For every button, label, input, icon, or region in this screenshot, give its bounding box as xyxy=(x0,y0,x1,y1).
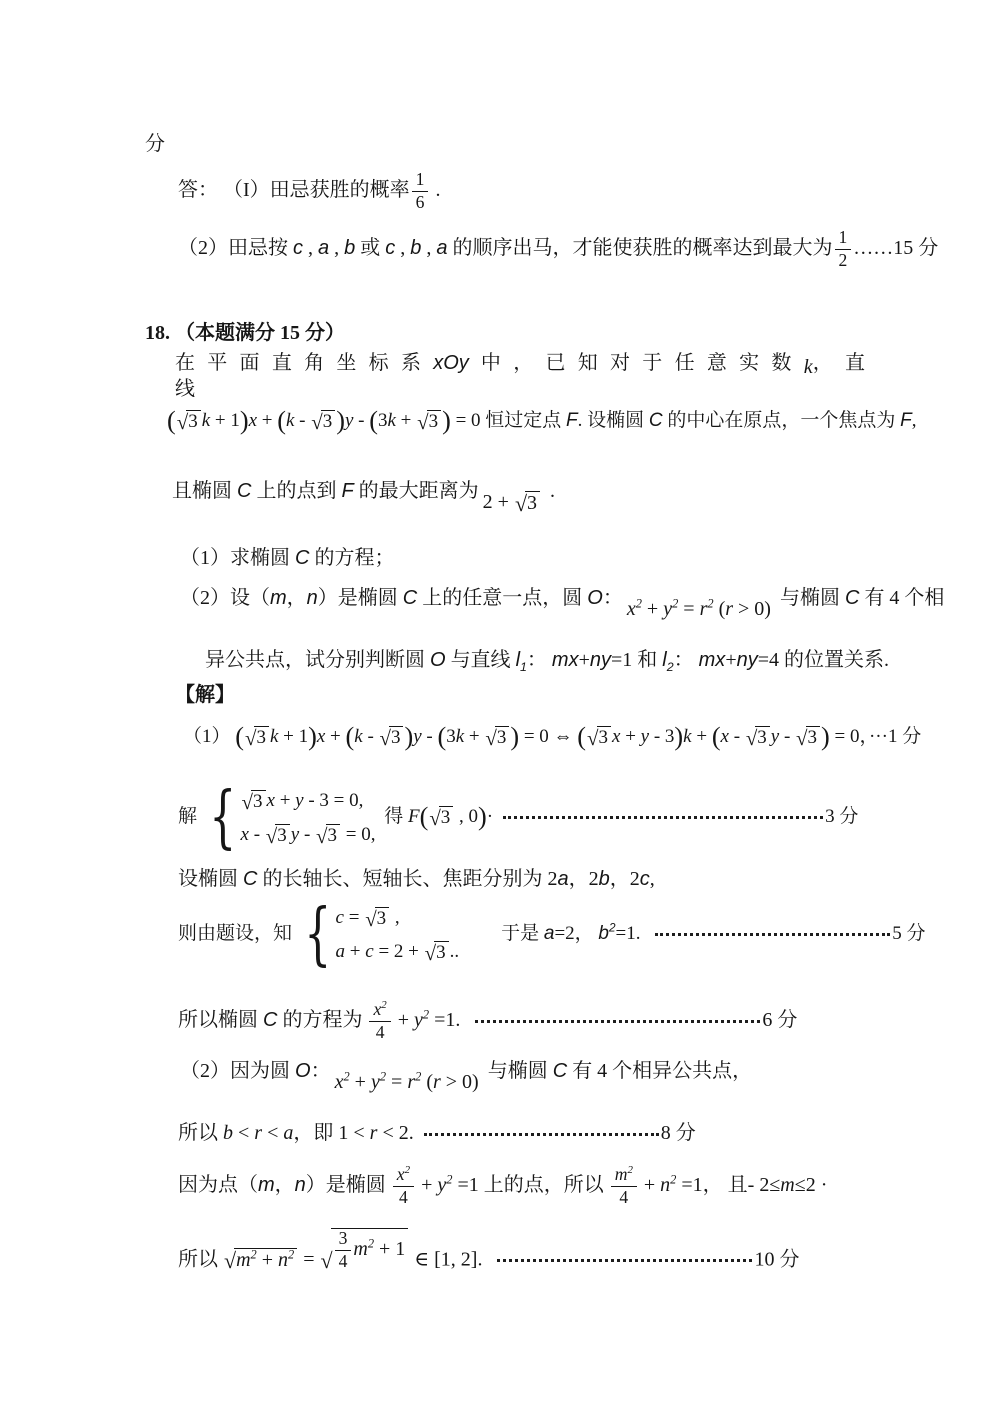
math-var: k xyxy=(683,726,691,747)
radicand: 3 xyxy=(439,806,454,828)
text-run: 的中心在原点，一个焦点为 xyxy=(663,410,901,431)
exponent: 2 xyxy=(381,999,386,1011)
math-var: F xyxy=(900,410,912,431)
text-run: 3 xyxy=(256,727,266,748)
text-run: 因为点（ xyxy=(178,1174,258,1196)
math-var: x2 xyxy=(373,999,386,1019)
text-run: - xyxy=(353,410,369,431)
big-paren: ) xyxy=(404,722,413,751)
text-run: - xyxy=(299,824,315,845)
fraction: m24 xyxy=(611,1165,637,1207)
math-var: b xyxy=(410,237,421,259)
radical-sign-icon: √ xyxy=(429,808,440,829)
big-paren: ) xyxy=(478,802,487,831)
big-paren: ( xyxy=(712,722,721,751)
text-run: 与直线 xyxy=(446,649,516,671)
radical: √m2 + n2 xyxy=(224,1248,297,1271)
radicand: 3 xyxy=(597,726,612,748)
text-run: 恒过定点 xyxy=(485,410,566,431)
text-run: = xyxy=(298,1248,319,1270)
text-run: 得 xyxy=(379,806,408,827)
fraction: 16 xyxy=(412,170,429,212)
text-run: - xyxy=(422,726,438,747)
text-run: + xyxy=(325,726,345,747)
text-run: 1 xyxy=(416,169,425,189)
radical: √3 xyxy=(177,410,201,432)
text-run: 6 xyxy=(416,192,425,212)
text-run: + xyxy=(396,410,416,431)
denominator: 4 xyxy=(399,1187,408,1208)
math-var: b2 xyxy=(598,923,615,944)
radical-sign-icon: √ xyxy=(266,826,277,847)
text-run: 的最大距离为 xyxy=(354,480,479,502)
text-run: - xyxy=(294,410,310,431)
subscript: 1 xyxy=(520,660,527,674)
dotted-leader xyxy=(655,931,890,936)
radical-sign-icon: √ xyxy=(311,412,322,433)
line-problem18-intro: 在 平 面 直 角 坐 标 系 xOy 中 ， 已 知 对 于 任 意 实 数 … xyxy=(175,350,865,403)
text-run: ( xyxy=(714,598,726,620)
math-var: x xyxy=(249,410,257,431)
math-var: n xyxy=(307,587,318,609)
text-run: < 2. xyxy=(377,1122,413,1144)
text-run: = xyxy=(344,907,364,928)
text-run: ， xyxy=(287,587,307,609)
big-paren: ( xyxy=(346,722,355,751)
radical: √3 xyxy=(245,726,269,748)
text-run: . 设椭圆 xyxy=(578,410,649,431)
radical: √3 xyxy=(417,410,441,432)
math-var: C xyxy=(243,868,257,890)
radical-sign-icon: √ xyxy=(380,728,391,749)
math-var: C xyxy=(295,547,309,569)
denominator: 4 xyxy=(339,1251,348,1272)
math-var: r2 xyxy=(407,1071,421,1093)
math-var: r xyxy=(725,598,733,620)
system-row: √3x + y - 3 = 0, xyxy=(241,788,376,813)
math-var: k xyxy=(354,726,362,747)
big-paren: ) xyxy=(240,406,249,435)
text-run: + xyxy=(393,1009,414,1031)
big-paren: ( xyxy=(167,406,176,435)
line-solution-step1: （1） (√3k + 1)x + (k - √3)y - (3k + √3) =… xyxy=(183,724,921,750)
math-var: y xyxy=(291,824,299,845)
math-var: y xyxy=(413,726,421,747)
line-r-range: 所以 b < r < a，即 1 < r < 2.8 分 xyxy=(178,1120,696,1146)
text-run: ∈ [1, 2]. xyxy=(409,1248,487,1270)
math-var: r2 xyxy=(700,598,714,620)
radicand: 3 xyxy=(375,907,390,929)
text-run: 上的任意一点，圆 xyxy=(417,587,587,609)
text-run: ，···1 分 xyxy=(859,726,921,747)
text-run: + xyxy=(275,790,295,811)
text-run: 的长轴长、短轴长、焦距分别为 2 xyxy=(257,868,557,890)
text-run: , 0 xyxy=(454,806,478,827)
radicand: 3 xyxy=(806,726,821,748)
math-var: m xyxy=(258,1174,275,1196)
radicand: 3 xyxy=(389,726,404,748)
math-var: a xyxy=(557,868,568,890)
radicand: 3 xyxy=(434,941,449,963)
text-run: 答： （I）田忌获胜的概率 xyxy=(178,179,410,201)
text-run: , xyxy=(421,237,436,259)
math-var: n2 xyxy=(660,1174,676,1196)
fraction: x24 xyxy=(393,1165,414,1207)
text-run: + 1 xyxy=(278,726,308,747)
radicand: 3 xyxy=(427,410,442,432)
math-var: C xyxy=(845,587,859,609)
math-var: c xyxy=(365,941,373,962)
text-run: （1）求椭圆 xyxy=(180,547,295,569)
text-run: ： xyxy=(674,649,699,671)
text-run: 与椭圆 xyxy=(775,587,845,609)
score-label: 6 分 xyxy=(762,1009,797,1031)
score-label: 8 分 xyxy=(661,1122,696,1144)
text-run: （2）田忌按 xyxy=(178,237,293,259)
math-var: b xyxy=(344,237,355,259)
math-var: F xyxy=(408,806,420,827)
line-answer-part2: （2）田忌按 c , a , b 或 c , b , a 的顺序出马，才能使获胜… xyxy=(178,228,938,270)
math-var: ny xyxy=(737,649,758,671)
text-run: + xyxy=(257,410,277,431)
text-run: 2 + xyxy=(483,491,514,513)
fraction: 12 xyxy=(835,228,852,270)
radical: √3 xyxy=(429,806,453,828)
big-paren: ( xyxy=(369,406,378,435)
text-run: ≤2 · xyxy=(795,1174,828,1196)
math-var: x xyxy=(241,824,249,845)
radical: √3 xyxy=(242,790,266,812)
math-var: C xyxy=(263,1009,277,1031)
radicand: m2 + n2 xyxy=(234,1248,297,1271)
math-var: F xyxy=(341,480,353,502)
text-run: . xyxy=(430,179,440,201)
radical: √34m2 + 1 xyxy=(321,1228,409,1271)
text-run: < xyxy=(233,1122,254,1144)
text-run: =1 上的点，所以 xyxy=(452,1174,608,1196)
text-run: 的方程为 xyxy=(277,1009,367,1031)
text-run: + xyxy=(464,726,484,747)
radical-sign-icon: √ xyxy=(417,412,428,433)
text-run: + xyxy=(345,941,365,962)
text-run: = 0 xyxy=(451,410,485,431)
subscript: 2 xyxy=(667,660,674,674)
math-var: y2 xyxy=(414,1009,429,1031)
radicand: 3 xyxy=(251,790,266,812)
radicand: 3 xyxy=(495,726,510,748)
math-var: O xyxy=(587,587,603,609)
numerator: 1 xyxy=(835,228,852,250)
text-run: 3 xyxy=(429,411,439,432)
text-run: = 2 + xyxy=(374,941,424,962)
math-var: a xyxy=(318,237,329,259)
text-run: ，2 xyxy=(610,868,640,890)
math-var: y2 xyxy=(371,1071,386,1093)
radicand: 3 xyxy=(326,824,341,846)
line-problem18-distance: 且椭圆 C 上的点到 F 的最大距离为2 + √3 . xyxy=(172,478,555,504)
denominator: 4 xyxy=(619,1187,628,1208)
system-row: c = √3 , xyxy=(336,905,460,930)
text-run: 与椭圆 xyxy=(483,1060,553,1082)
numerator: 3 xyxy=(335,1229,352,1251)
math-var: c xyxy=(336,907,344,928)
text-run: ，即 1 < xyxy=(293,1122,369,1144)
text-run: 2 xyxy=(839,250,848,270)
big-paren: ( xyxy=(277,406,286,435)
text-run: + 1 xyxy=(374,1238,405,1260)
text-run: 3 xyxy=(328,825,338,846)
radical: √3 xyxy=(425,941,449,963)
radical: √3 xyxy=(485,726,509,748)
text-run: = xyxy=(678,598,699,620)
text-run: 3 xyxy=(497,727,507,748)
math-var: a xyxy=(336,941,346,962)
math-var: k xyxy=(804,356,813,378)
denominator: 4 xyxy=(376,1022,385,1043)
math-var: l1 xyxy=(516,649,527,671)
text-run: 在 平 面 直 角 坐 标 系 xyxy=(175,352,433,374)
big-paren: ( xyxy=(577,722,586,751)
text-run: =1， 且- 2≤ xyxy=(676,1174,780,1196)
text-run: =1. xyxy=(429,1009,465,1031)
text-run: , xyxy=(912,410,917,431)
exponent: 2 xyxy=(288,1247,294,1261)
radicand: 3 xyxy=(186,410,201,432)
system-row: a + c = 2 + √3.. xyxy=(336,939,460,964)
radicand: 3 xyxy=(254,726,269,748)
text-run: - 3 xyxy=(649,726,674,747)
math-var: m2 xyxy=(615,1164,633,1184)
radical: √3 xyxy=(587,726,611,748)
text-run: > 0) xyxy=(733,598,771,620)
big-paren: ) xyxy=(442,406,451,435)
math-var: c xyxy=(640,868,650,890)
text-run: 3 xyxy=(757,727,767,748)
text-run: 3 xyxy=(277,825,287,846)
denominator: 6 xyxy=(416,192,425,213)
radical: √3 xyxy=(266,824,290,846)
big-paren: ) xyxy=(510,722,519,751)
line-solution-heading: 【解】 xyxy=(175,682,235,708)
text-run: + xyxy=(579,649,590,671)
system-rows: c = √3 ,a + c = 2 + √3.. xyxy=(336,905,460,964)
math-var: C xyxy=(403,587,417,609)
text-run: =1 和 xyxy=(611,649,662,671)
lowered-formula: 2 + √3 xyxy=(483,489,541,515)
text-run: 上的点到 xyxy=(251,480,341,502)
text-run: ，2 xyxy=(569,868,599,890)
dotted-leader xyxy=(475,1018,760,1023)
text-run: 所以椭圆 xyxy=(178,1009,263,1031)
text-run: - xyxy=(363,726,379,747)
text-run: 4 xyxy=(339,1251,348,1271)
line-system-ac: 则由题设，知{c = √3 ,a + c = 2 + √3.. 于是 a=2， … xyxy=(178,905,926,964)
radical: √3 xyxy=(316,824,340,846)
text-run: 设椭圆 xyxy=(178,868,243,890)
math-var: y2 xyxy=(437,1174,452,1196)
text-run: 于是 xyxy=(463,923,544,944)
math-var: mx xyxy=(552,649,579,671)
text-run: + xyxy=(725,649,736,671)
text-run: 3 xyxy=(339,1228,348,1248)
text-run: 3 xyxy=(808,727,818,748)
text-run: ）是椭圆 xyxy=(318,587,403,609)
line-axes-definition: 设椭圆 C 的长轴长、短轴长、焦距分别为 2a，2b，2c, xyxy=(178,866,655,892)
text-run: ……15 分 xyxy=(853,237,938,259)
radical-sign-icon: √ xyxy=(746,728,757,749)
math-var: m xyxy=(780,1174,794,1196)
line-step2-circle: （2）因为圆 O：x2 + y2 = r2 (r > 0) 与椭圆 C 有 4 … xyxy=(180,1058,752,1084)
math-var: m2 xyxy=(353,1238,374,1260)
text-run: · xyxy=(487,806,493,827)
text-run: 3 xyxy=(391,727,401,748)
big-paren: ( xyxy=(235,722,244,751)
text-run: 4 xyxy=(376,1022,385,1042)
math-var: k xyxy=(202,410,210,431)
text-run: =1. xyxy=(616,923,646,944)
line-solution-system-f: 解{√3x + y - 3 = 0,x - √3y - √3 = 0, 得 F(… xyxy=(178,788,858,847)
big-paren: ( xyxy=(420,802,429,831)
score-label: 5 分 xyxy=(892,923,925,944)
text-run: （1） xyxy=(183,726,235,747)
text-run: 3 xyxy=(441,807,451,828)
text-run: , xyxy=(329,237,344,259)
text-run: 4 xyxy=(619,1187,628,1207)
numerator: 1 xyxy=(412,170,429,192)
math-var: x2 xyxy=(335,1071,350,1093)
text-run: + xyxy=(639,1174,660,1196)
radicand: 3 xyxy=(525,491,540,514)
math-var: a xyxy=(283,1122,293,1144)
text-run: 解 xyxy=(178,806,197,827)
text-run: =4 的位置关系. xyxy=(758,649,889,671)
math-var: x xyxy=(267,790,275,811)
radical: √3 xyxy=(515,491,540,514)
text-run: 3 xyxy=(527,492,537,514)
text-run: . xyxy=(545,480,555,502)
math-var: k xyxy=(456,726,464,747)
text-run: （2）因为圆 xyxy=(180,1060,295,1082)
text-run: ( xyxy=(421,1071,433,1093)
text-run: .. xyxy=(450,941,460,962)
math-var: xOy xyxy=(433,352,469,374)
text-run: = 0, xyxy=(341,824,375,845)
math-var: y2 xyxy=(663,598,678,620)
score-label: 3 分 xyxy=(825,806,858,827)
radicand: 3 xyxy=(755,726,770,748)
math-var: C xyxy=(553,1060,567,1082)
dotted-leader xyxy=(503,814,823,819)
math-var: y xyxy=(641,726,649,747)
text-run: , xyxy=(395,237,410,259)
line-ellipse-equation: 所以椭圆 C 的方程为 x24 + y2 =1. 6 分 xyxy=(178,1000,797,1042)
math-var: k xyxy=(387,410,395,431)
document-page: 分 答： （I）田忌获胜的概率16 . （2）田忌按 c , a , b 或 c… xyxy=(0,0,1000,1415)
text-run: 3 xyxy=(188,411,198,432)
text-run: = xyxy=(386,1071,407,1093)
math-var: m xyxy=(270,587,287,609)
radical-sign-icon: √ xyxy=(587,728,598,749)
brace-icon: { xyxy=(209,789,236,847)
lowered-formula: x2 + y2 = r2 (r > 0) xyxy=(335,1069,479,1095)
text-run: = 0 ⇔ xyxy=(519,726,577,747)
text-run: ）是椭圆 xyxy=(306,1174,391,1196)
score-label: 10 分 xyxy=(754,1248,799,1270)
numerator: m2 xyxy=(611,1165,637,1187)
text-run: ： xyxy=(603,587,623,609)
radical: √3 xyxy=(311,410,335,432)
radicand: 34m2 + 1 xyxy=(331,1228,409,1271)
text-run: , xyxy=(650,868,655,890)
system-rows: √3x + y - 3 = 0,x - √3y - √3 = 0, xyxy=(241,788,376,847)
radical-sign-icon: √ xyxy=(316,826,327,847)
dotted-leader xyxy=(424,1131,659,1136)
radical-sign-icon: √ xyxy=(177,412,188,433)
line-point-on-ellipse: 因为点（m，n）是椭圆 x24 + y2 =1 上的点，所以 m24 + n2 … xyxy=(178,1165,827,1207)
math-var: a xyxy=(544,923,555,944)
text-run: , xyxy=(390,907,400,928)
line-answer-part1: 答： （I）田忌获胜的概率16 . xyxy=(178,170,440,212)
text-run: + xyxy=(620,726,640,747)
math-var: O xyxy=(430,649,446,671)
big-paren: ) xyxy=(308,722,317,751)
text-run: 的方程； xyxy=(309,547,394,569)
brace-icon: { xyxy=(304,906,331,964)
math-var: F xyxy=(566,410,578,431)
math-var: x2 xyxy=(627,598,642,620)
text-run: , xyxy=(303,237,318,259)
text-run: 3 xyxy=(436,942,446,963)
text-run: =2， xyxy=(554,923,598,944)
radical-sign-icon: √ xyxy=(365,909,376,930)
text-run: 3 xyxy=(323,411,333,432)
radicand: 3 xyxy=(321,410,336,432)
math-var: m2 xyxy=(236,1249,257,1271)
text-run: ， xyxy=(275,1174,295,1196)
math-var: mx xyxy=(699,649,726,671)
big-paren: ) xyxy=(674,722,683,751)
denominator: 2 xyxy=(839,250,848,271)
fraction: x24 xyxy=(369,1000,390,1042)
equation-system: {√3x + y - 3 = 0,x - √3y - √3 = 0, xyxy=(201,788,375,847)
line-final-range: 所以 √m2 + n2 = √34m2 + 1 ∈ [1, 2]. 10 分 xyxy=(178,1228,799,1273)
line-problem18-heading: 18. （本题满分 15 分） xyxy=(145,320,345,346)
exponent: 2 xyxy=(627,1164,632,1176)
radical: √3 xyxy=(746,726,770,748)
radical: √3 xyxy=(365,907,389,929)
math-var: C xyxy=(649,410,663,431)
radical: √3 xyxy=(796,726,820,748)
math-var: b xyxy=(223,1122,233,1144)
math-var: y xyxy=(771,726,779,747)
text-run: 异公共点，试分别判断圆 xyxy=(205,649,430,671)
math-var: a xyxy=(436,237,447,259)
math-var: n xyxy=(295,1174,306,1196)
text-run: 1 xyxy=(839,227,848,247)
radical-sign-icon: √ xyxy=(485,728,496,749)
big-paren: ) xyxy=(336,406,345,435)
text-run: + xyxy=(416,1174,437,1196)
radical-sign-icon: √ xyxy=(245,728,256,749)
text-run: 3 xyxy=(377,908,387,929)
math-var: O xyxy=(295,1060,311,1082)
exponent: 2 xyxy=(405,1164,410,1176)
text-run: 且椭圆 xyxy=(172,480,237,502)
text-run: 有 4 个相 xyxy=(859,587,944,609)
dotted-leader xyxy=(497,1257,752,1262)
text-run: 所以 xyxy=(178,1122,223,1144)
line-question2-b: 异公共点，试分别判断圆 O 与直线 l1： mx+ny=1 和 l2： mx+n… xyxy=(205,647,889,673)
